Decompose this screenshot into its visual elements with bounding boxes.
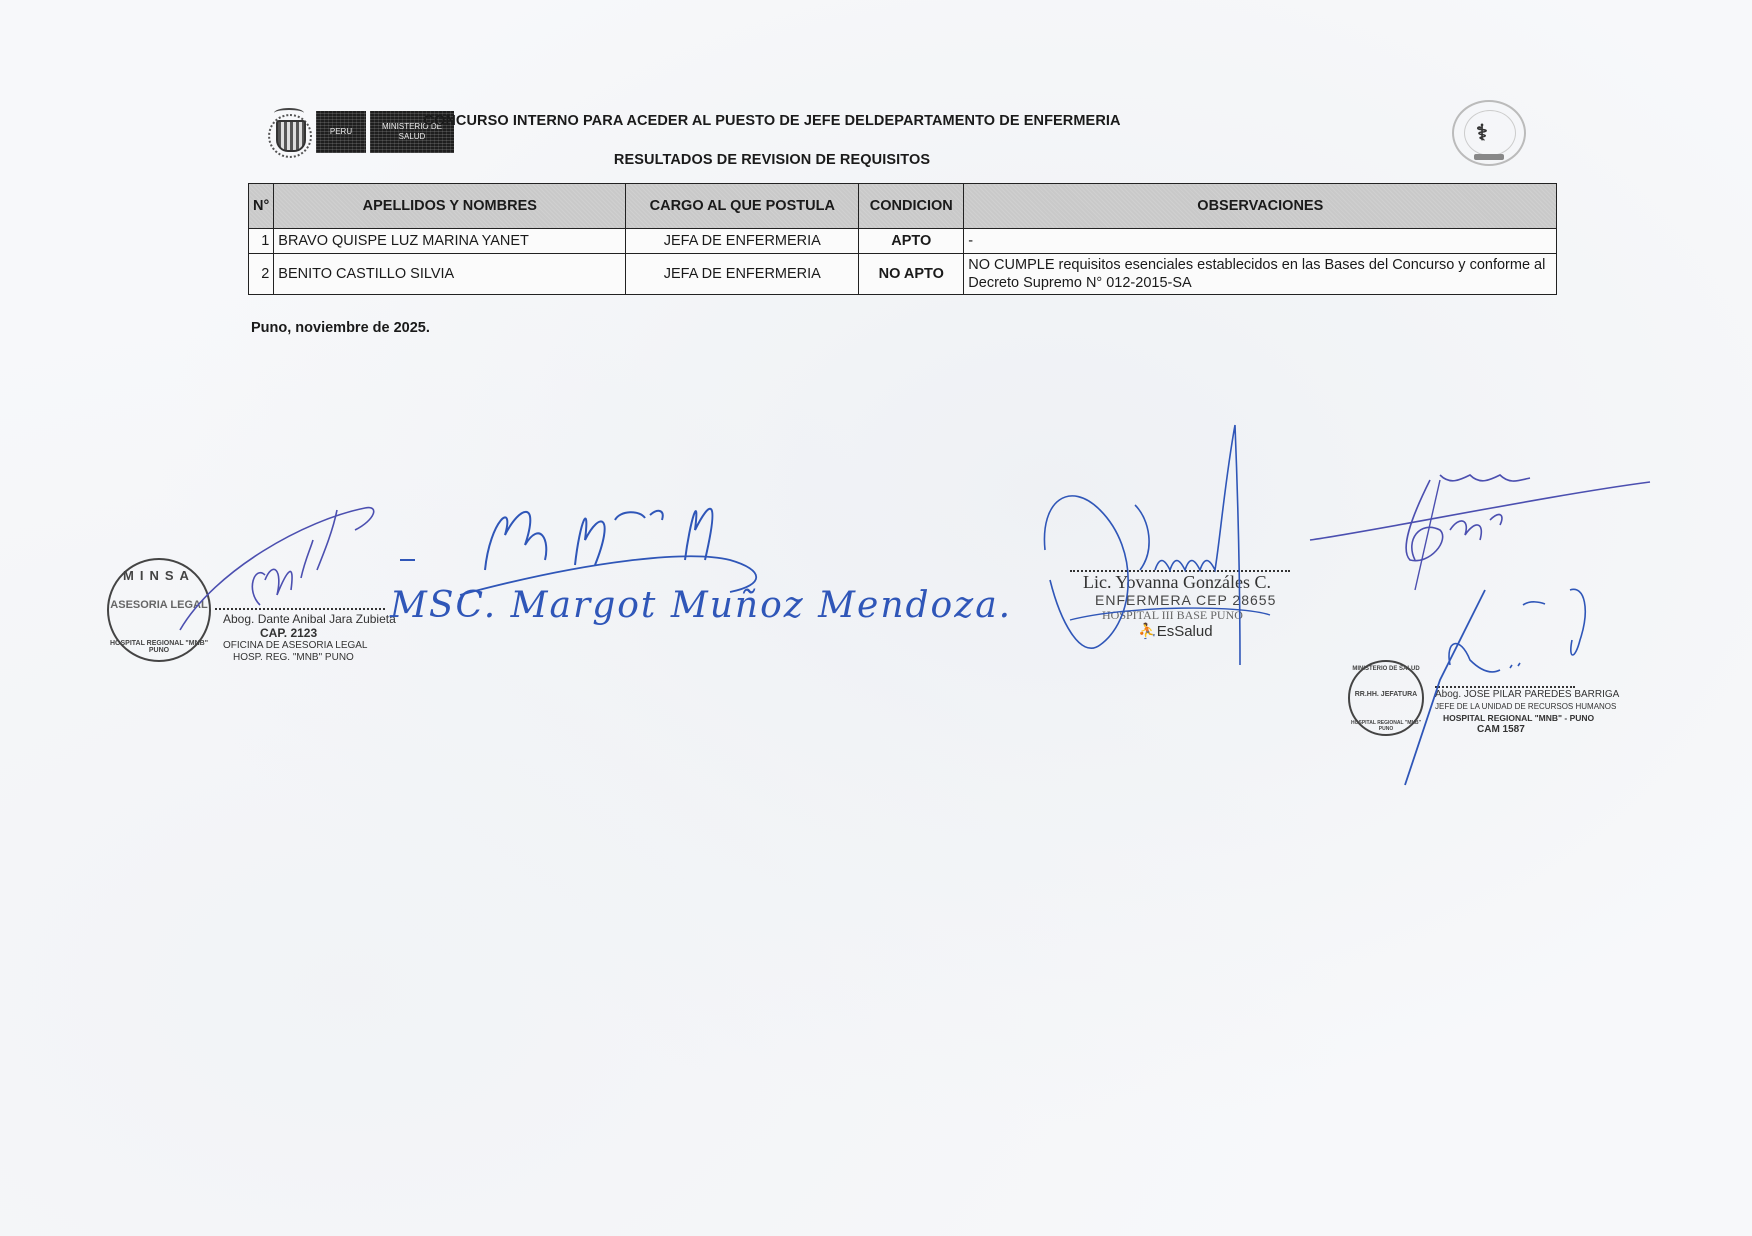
handwritten-signature-icon: [1340, 580, 1620, 800]
signature-block-handwritten-right: [1300, 460, 1660, 600]
cell-position: JEFA DE ENFERMERIA: [626, 229, 859, 254]
results-table: N° APELLIDOS Y NOMBRES CARGO AL QUE POST…: [248, 183, 1557, 295]
handwritten-signature-icon: [105, 500, 395, 670]
col-header-condition: CONDICION: [859, 184, 964, 229]
col-header-number: N°: [249, 184, 274, 229]
cell-name: BENITO CASTILLO SILVIA: [274, 254, 626, 295]
table-row: 2 BENITO CASTILLO SILVIA JEFA DE ENFERME…: [249, 254, 1557, 295]
table-row: 1 BRAVO QUISPE LUZ MARINA YANET JEFA DE …: [249, 229, 1557, 254]
cell-name: BRAVO QUISPE LUZ MARINA YANET: [274, 229, 626, 254]
document-title: CONCURSO INTERNO PARA ACEDER AL PUESTO D…: [232, 113, 1312, 129]
cell-number: 2: [249, 254, 274, 295]
cell-observations: NO CUMPLE requisitos esenciales establec…: [964, 254, 1557, 295]
cell-condition: APTO: [859, 229, 964, 254]
signature-block-gonzales: Lic. Yovanna Gonzáles C. ENFERMERA CEP 2…: [1040, 420, 1300, 680]
cell-number: 1: [249, 229, 274, 254]
cell-position: JEFA DE ENFERMERIA: [626, 254, 859, 295]
document-subtitle: RESULTADOS DE REVISION DE REQUISITOS: [232, 152, 1312, 168]
cell-observations: -: [964, 229, 1557, 254]
signature-block-legal: MINSA ASESORIA LEGAL HOSPITAL REGIONAL "…: [105, 500, 395, 670]
handwritten-signature-icon: [1040, 420, 1300, 680]
signature-block-rrhh: MINISTERIO DE SALUD RR.HH. JEFATURA HOSP…: [1340, 580, 1620, 800]
col-header-observations: OBSERVACIONES: [964, 184, 1557, 229]
handwritten-name: MSC. Margot Muñoz Mendoza.: [390, 585, 1012, 626]
table-header-row: N° APELLIDOS Y NOMBRES CARGO AL QUE POST…: [249, 184, 1557, 229]
cell-condition: NO APTO: [859, 254, 964, 295]
signature-block-munoz: MSC. Margot Muñoz Mendoza.: [390, 480, 980, 650]
hospital-caduceus-seal-icon: ⚕: [1452, 100, 1526, 166]
place-date: Puno, noviembre de 2025.: [251, 320, 430, 336]
col-header-position: CARGO AL QUE POSTULA: [626, 184, 859, 229]
col-header-name: APELLIDOS Y NOMBRES: [274, 184, 626, 229]
handwritten-signature-icon: [1300, 460, 1660, 600]
